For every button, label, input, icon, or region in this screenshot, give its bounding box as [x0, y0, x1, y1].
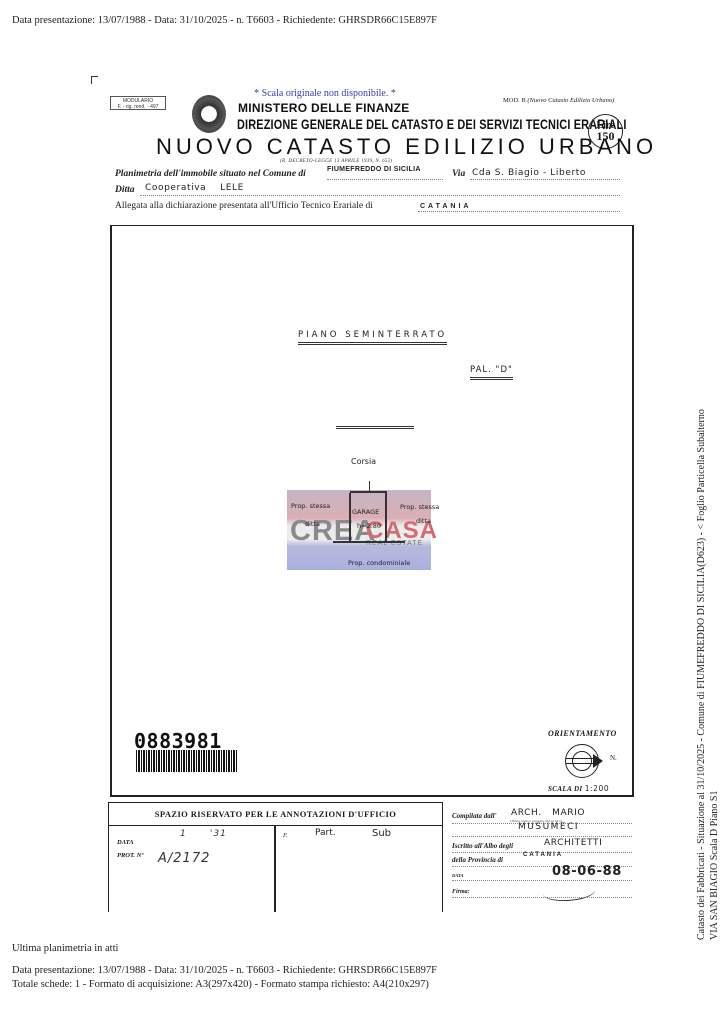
modulario-line2: F. - rig. rend. - 497 — [111, 104, 165, 110]
ministry-title: MINISTERO DELLE FINANZE — [238, 101, 410, 115]
building-label: PAL. "D" — [470, 365, 513, 380]
annot-sub-label: Sub — [372, 828, 391, 839]
garage-base-wall — [333, 541, 405, 543]
footer-presentation: Data presentazione: 13/07/1988 - Data: 3… — [12, 965, 437, 976]
scale-value: 1:200 — [585, 784, 610, 793]
right-neighbor-line2: ditta — [416, 517, 431, 525]
corner-mark — [91, 76, 98, 84]
left-neighbor-line2: ditta — [305, 520, 320, 528]
annot-data-label: DATA — [117, 839, 134, 846]
presentation-header: Data presentazione: 13/07/1988 - Data: 3… — [12, 15, 437, 26]
right-neighbor-line1: Prop. stessa — [400, 503, 439, 511]
decree-ref: (R. DECRETO-LEGGE 13 APRILE 1939, N. 652… — [280, 159, 393, 164]
floor-title: PIANO SEMINTERRATO — [298, 330, 447, 345]
garage-height: h=2.80 — [357, 522, 381, 530]
compiled-value-1: ARCH. MARIO — [511, 808, 585, 818]
scale-block: SCALA DI 1:200 — [548, 784, 609, 793]
albo-label: Iscritto all'Albo degli — [452, 842, 513, 850]
firma-label: Firma: — [452, 889, 470, 895]
annot-foglio-label: F. — [283, 832, 288, 839]
annotations-title: SPAZIO RISERVATO PER LE ANNOTAZIONI D'UF… — [108, 802, 443, 826]
star-icon: ★ — [192, 102, 226, 122]
garage-label: GARAGE — [352, 508, 379, 516]
ditta-value: Cooperativa LELE — [145, 183, 244, 193]
italian-emblem-icon: ★ — [192, 95, 226, 133]
annotations-divider — [274, 826, 276, 912]
ditta-label: Ditta — [115, 185, 135, 195]
annot-prot-value: A/2172 — [158, 851, 210, 866]
corridor-label: Corsia — [351, 457, 376, 466]
date-value: 08-06-88 — [552, 864, 622, 879]
left-neighbor-line1: Prop. stessa — [291, 502, 330, 510]
scale-label: SCALA DI — [548, 785, 583, 793]
last-plan-note: Ultima planimetria in atti — [12, 943, 118, 954]
side-cadastre-line: Catasto dei Fabbricati - Situazione al 3… — [696, 409, 707, 940]
via-value: Cda S. Biagio - Liberto — [472, 168, 586, 178]
north-arrow-head-icon — [593, 754, 603, 768]
ufficio-underline — [418, 211, 620, 212]
compiled-value-2: MUSUMECI — [518, 822, 579, 832]
allegata-label: Allegata alla dichiarazione presentata a… — [115, 201, 373, 211]
barcode-icon — [136, 750, 238, 772]
ditta-underline — [140, 195, 620, 196]
modulario-box: MODULARIO F. - rig. rend. - 497 — [110, 96, 166, 110]
annot-part-label: Part. — [315, 828, 336, 838]
corridor-line — [336, 426, 414, 429]
north-label: N. — [610, 754, 617, 762]
compiled-label: Compilata dall' — [452, 812, 497, 820]
via-underline — [470, 179, 620, 180]
directorate-title: DIREZIONE GENERALE DEL CATASTO E DEI SER… — [237, 116, 627, 132]
garage-walls — [349, 493, 387, 541]
ufficio-value: CATANIA — [420, 203, 471, 210]
albo-value: ARCHITETTI — [544, 838, 602, 848]
plan-label: Planimetria dell'immobile situato nel Co… — [115, 169, 306, 179]
provincia-label: della Provincia di — [452, 856, 503, 864]
provincia-value: CATANIA — [523, 852, 563, 858]
date-label: DATA — [452, 873, 464, 878]
annot-data-value: 1 '31 — [180, 829, 227, 839]
via-label: Via — [452, 169, 465, 179]
signature — [542, 879, 596, 904]
comune-value: FIUMEFREDDO DI SICILIA — [327, 166, 421, 173]
compiled-underline-2 — [452, 836, 632, 837]
bottom-neighbor: Prop. condominiale — [348, 559, 410, 567]
footer-format: Totale schede: 1 - Formato di acquisizio… — [12, 979, 429, 990]
annot-prot-label: PROT. Nº — [117, 852, 143, 859]
side-address-line: VIA SAN BIAGIO Scala D Piano S1 — [709, 791, 720, 940]
model-label: MOD. B (Nuovo Catasto Edilizio Urbano) — [503, 97, 614, 104]
orientation-label: ORIENTAMENTO — [548, 729, 617, 738]
firma-underline — [452, 897, 632, 898]
scale-note: * Scala originale non disponibile. * — [230, 88, 420, 99]
registry-title: NUOVO CATASTO EDILIZIO URBANO — [156, 134, 657, 160]
model-sub: (Nuovo Catasto Edilizio Urbano) — [527, 97, 614, 104]
comune-underline — [327, 179, 443, 180]
date-underline — [452, 880, 632, 881]
model-code: MOD. B — [503, 97, 526, 104]
